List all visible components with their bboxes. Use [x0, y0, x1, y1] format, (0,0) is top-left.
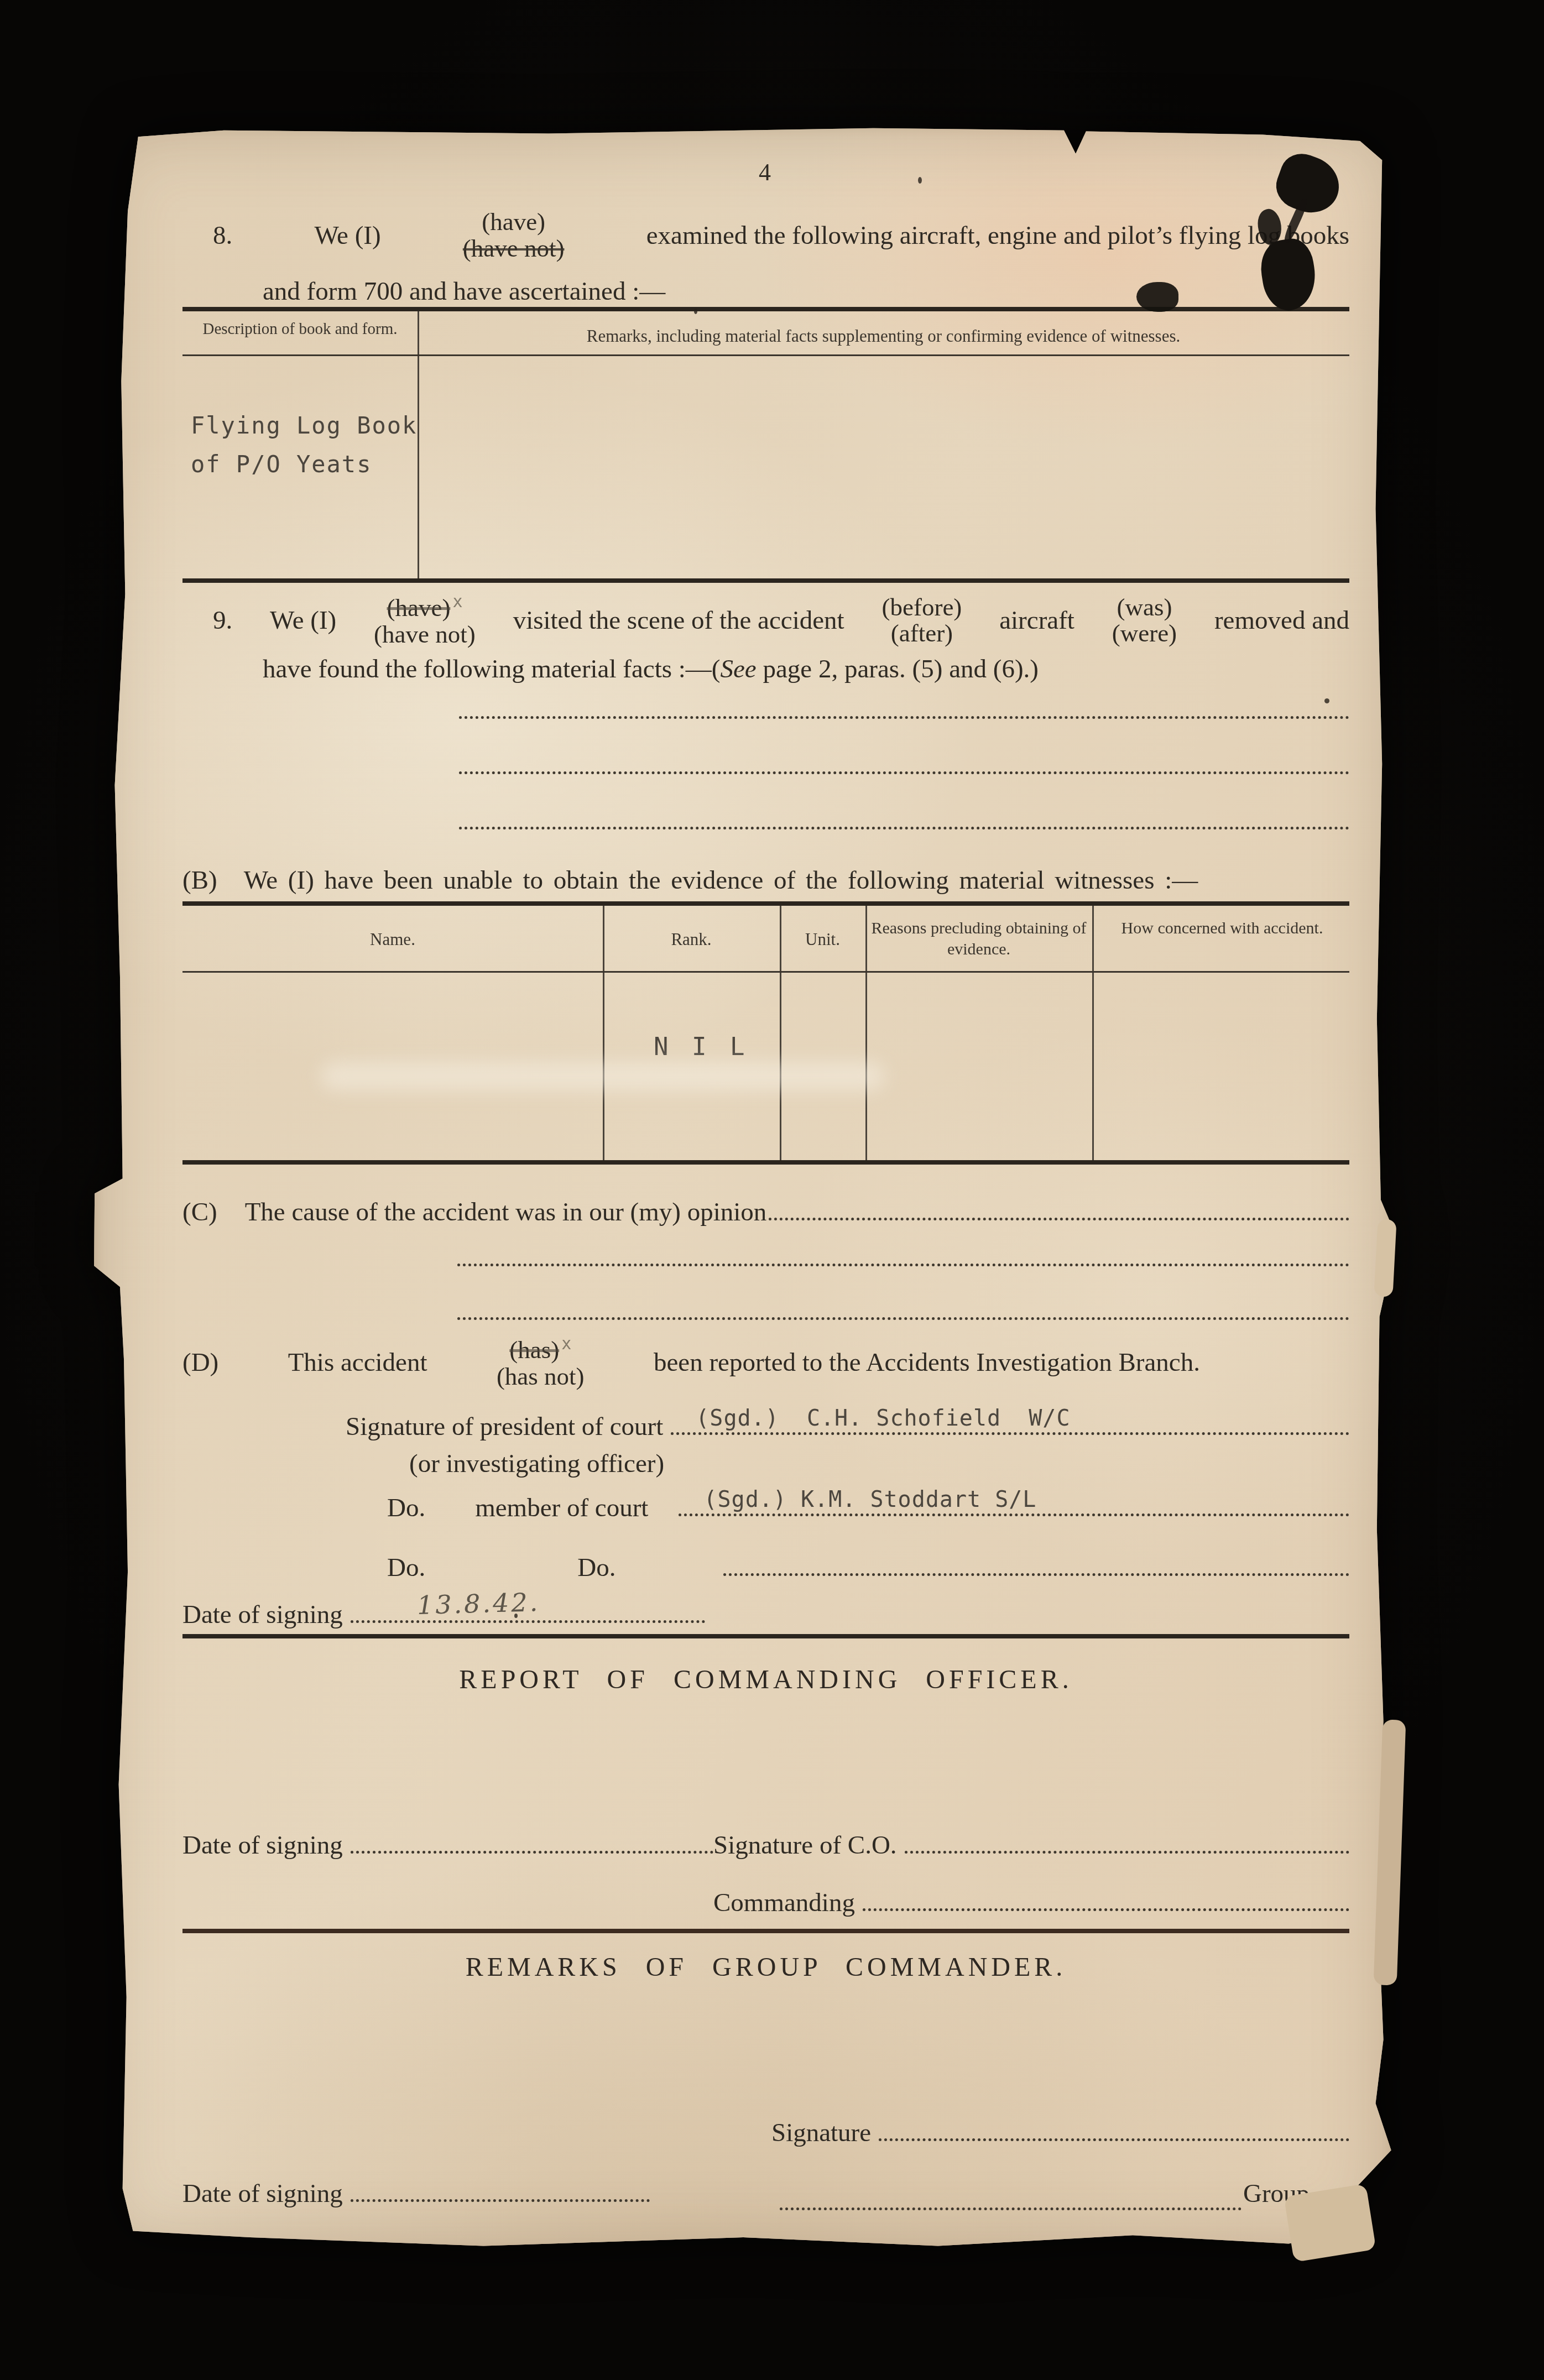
option-have-not: (have not): [374, 622, 476, 648]
accident-report-form-page: 4 8. We (I) (have) (have not) examined t…: [94, 126, 1392, 2252]
group-date-label: Date of signing: [182, 2179, 343, 2209]
group-signature-row: Signature: [771, 2118, 1349, 2148]
ditto-2: Do.: [387, 1553, 425, 1583]
group-signature-line: [879, 2138, 1349, 2141]
table2-header-unit: Unit.: [780, 929, 865, 951]
section-9-aircraft: aircraft: [999, 606, 1074, 635]
section-9-line2-pre: have found the following material facts …: [263, 655, 720, 683]
co-date-label: Date of signing: [182, 1830, 343, 1860]
president-signature-line: (Sgd.) C.H. Schofield W/C: [671, 1432, 1349, 1435]
option-has-not: (has not): [497, 1364, 585, 1390]
section-8-line1: 8. We (I) (have) (have not) examined the…: [213, 209, 1349, 262]
paper-speck: [694, 309, 697, 314]
section-9-text2: removed and: [1214, 606, 1349, 635]
page-number: 4: [759, 158, 771, 186]
group-date-row: Date of signing Group.: [182, 2179, 1349, 2217]
typed-x-mark: x: [561, 1334, 571, 1354]
option-after: (after): [891, 620, 953, 647]
commanding-label: Commanding: [713, 1888, 855, 1918]
option-has-struck: (has): [509, 1336, 559, 1364]
date-of-signing-line: 13.8.42.: [351, 1620, 705, 1623]
section-9-we: We (I): [270, 606, 336, 635]
co-date-row: Date of signing: [182, 1830, 713, 1860]
table2-header-reasons: Reasons precluding obtaining of evidence…: [868, 918, 1089, 959]
torn-corner-fragment: [1284, 2184, 1376, 2262]
date-of-signing-row: Date of signing 13.8.42.: [182, 1600, 705, 1630]
section-b-label: (B): [182, 865, 217, 895]
section-9-line2-post: page 2, paras. (5) and (6).): [757, 655, 1039, 683]
member-signature-value: (Sgd.) K.M. Stoddart S/L: [703, 1487, 1036, 1512]
ink-blot: [1136, 282, 1178, 312]
table2-header-rank: Rank.: [603, 929, 780, 951]
witnesses-table: Name. Rank. Unit. Reasons precluding obt…: [182, 901, 1349, 1165]
group-signature-label: Signature: [771, 2118, 871, 2148]
section-8-we: We (I): [314, 221, 380, 250]
paper-shadow-wrap: 4 8. We (I) (have) (have not) examined t…: [0, 0, 1544, 2380]
section-9-text1: visited the scene of the accident: [513, 606, 844, 635]
ink-speck: [1324, 698, 1329, 703]
table2-divider-3: [865, 906, 867, 1160]
co-report-heading: REPORT OF COMMANDING OFFICER.: [182, 1664, 1349, 1695]
president-signature-value: (Sgd.) C.H. Schofield W/C: [696, 1406, 1070, 1431]
section-c-line: (C) The cause of the accident was in our…: [182, 1197, 1349, 1227]
ghost-ink-offset-smudge: [321, 1062, 885, 1090]
section-8-line2: and form 700 and have ascertained :—: [263, 276, 665, 306]
section-8-have-options: (have) (have not): [463, 209, 565, 262]
commanding-line: [863, 1908, 1349, 1911]
section-d-line: (D) This accident (has)x (has not) been …: [182, 1335, 1200, 1390]
option-have: (have): [482, 209, 545, 236]
answer-dotted-line: [459, 716, 1349, 719]
section-d-text2: been reported to the Accidents Investiga…: [654, 1348, 1200, 1377]
option-have-not-struck: (have not): [463, 236, 565, 262]
table1-header-underline: [182, 354, 1349, 356]
section-9-line1: 9. We (I) (have)x (have not) visited the…: [213, 593, 1349, 648]
answer-dotted-line: [459, 771, 1349, 774]
table2-nil-entry: N I L: [654, 1033, 749, 1061]
table1-entry-line1: Flying Log Book: [191, 412, 417, 439]
co-signature-line: [905, 1851, 1349, 1854]
commanding-row: Commanding: [713, 1888, 1349, 1918]
answer-dotted-line: [457, 1264, 1349, 1266]
paper-speck: [918, 177, 922, 184]
section-9-before-after-options: (before) (after): [881, 594, 962, 647]
section-b-text: We (I) have been unable to obtain the ev…: [244, 865, 1198, 895]
date-of-signing-label: Date of signing: [182, 1600, 343, 1630]
table2-header-name: Name.: [182, 929, 603, 951]
answer-dotted-line: [457, 1317, 1349, 1320]
ditto-row: Do. Do.: [387, 1553, 1349, 1583]
scanned-document-screenshot: 4 8. We (I) (have) (have not) examined t…: [0, 0, 1544, 2380]
table1-header-remarks: Remarks, including material facts supple…: [418, 326, 1349, 347]
table1-entry-line2: of P/O Yeats: [191, 451, 372, 478]
ditto-signature-line: [723, 1573, 1349, 1576]
section-d-text1: This accident: [288, 1348, 427, 1377]
group-date-label-group: Date of signing: [182, 2179, 650, 2209]
section-c-dotted-line: [769, 1218, 1349, 1220]
option-before: (before): [881, 594, 962, 621]
section-9-line2: have found the following material facts …: [263, 654, 1039, 684]
table2-divider-4: [1092, 906, 1094, 1160]
section-divider-rule: [182, 1634, 1349, 1638]
co-signature-row: Signature of C.O.: [713, 1830, 1349, 1860]
section-8-number: 8.: [213, 221, 232, 250]
section-d-label: (D): [182, 1348, 218, 1377]
option-were: (were): [1112, 620, 1177, 647]
section-d-has-options: (has)x (has not): [497, 1335, 585, 1390]
typed-x-mark: x: [452, 592, 462, 612]
group-date-line: [351, 2199, 650, 2202]
books-examined-table: Description of book and form. Remarks, i…: [182, 307, 1349, 583]
section-9-was-were-options: (was) (were): [1112, 594, 1177, 647]
option-was: (was): [1117, 594, 1172, 621]
group-remarks-heading: REMARKS OF GROUP COMMANDER.: [182, 1952, 1349, 1982]
section-9-number: 9.: [213, 606, 232, 635]
member-of-court-label: member of court: [475, 1493, 648, 1523]
answer-dotted-line: [459, 827, 1349, 829]
section-divider-rule: [182, 1929, 1349, 1933]
member-signature-line: (Sgd.) K.M. Stoddart S/L: [679, 1513, 1349, 1516]
member-signature-row: Do. member of court (Sgd.) K.M. Stoddart…: [387, 1493, 1349, 1523]
ditto-1: Do.: [387, 1493, 425, 1523]
paper-speck: [514, 1614, 518, 1618]
table1-column-divider: [418, 311, 419, 578]
section-9-line2-see: See: [720, 655, 756, 683]
co-date-line: [351, 1851, 713, 1854]
ditto-3: Do.: [577, 1553, 615, 1583]
section-9-have-options: (have)x (have not): [374, 593, 476, 648]
group-mid-dotted-line: [780, 2207, 1242, 2210]
section-c-label: (C): [182, 1197, 217, 1227]
section-b-line: (B) We (I) have been unable to obtain th…: [182, 865, 1349, 895]
co-signature-label: Signature of C.O.: [713, 1830, 897, 1860]
section-c-text: The cause of the accident was in our (my…: [245, 1197, 767, 1227]
table2-header-underline: [182, 971, 1349, 973]
table2-header-concerned: How concerned with accident.: [1095, 918, 1349, 939]
president-signature-row: Signature of president of court (Sgd.) C…: [346, 1412, 1349, 1442]
date-of-signing-value: 13.8.42.: [416, 1588, 540, 1620]
investigating-officer-note: (or investigating officer): [409, 1449, 664, 1479]
table1-header-description: Description of book and form.: [182, 319, 418, 339]
section-8-text: examined the following aircraft, engine …: [646, 221, 1349, 250]
option-have-struck: (have): [387, 594, 450, 622]
president-signature-label: Signature of president of court: [346, 1412, 663, 1442]
